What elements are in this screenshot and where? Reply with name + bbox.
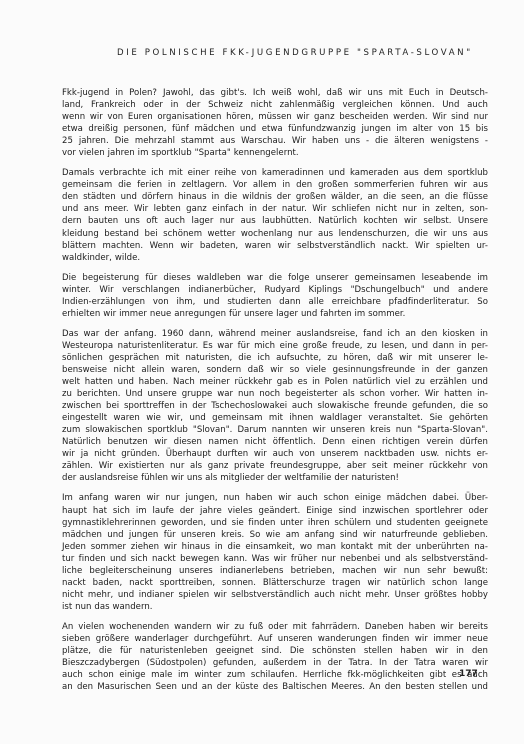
text-line: eingestellt waren wie wir, und gemeinsam… <box>62 412 488 424</box>
book-page: DIE POLNISCHE FKK-JUGENDGRUPPE "SPARTA-S… <box>0 0 524 744</box>
text-line: bensweise nicht allein waren, sondern da… <box>62 364 488 376</box>
text-line: gymnastiklehrerinnen geworden, und sie f… <box>62 517 488 529</box>
text-line: etwa dreißig personen, fünf mädchen und … <box>62 123 488 135</box>
text-line: waldkinder, wilde. <box>62 252 488 264</box>
text-line: dern bauten uns oft auch lager nur aus l… <box>62 215 488 227</box>
text-line: mädchen und jungen für unseren kreis. So… <box>62 529 488 541</box>
text-line: winter. Wir verschlangen indianerbücher,… <box>62 284 488 296</box>
text-line: 25 jahren. Die mehrzahl stammt aus Warsc… <box>62 135 488 147</box>
text-line: Im anfang waren wir nur jungen, nun habe… <box>62 492 488 504</box>
text-line: sieben größere wanderlager durchgeführt.… <box>62 633 488 645</box>
text-line: Damals verbrachte ich mit einer reihe vo… <box>62 167 488 179</box>
text-line: plätze, die für naturistenleben geeignet… <box>62 645 488 657</box>
text-line: auch schon einige male im winter zum sch… <box>62 669 488 681</box>
text-line: vor vielen jahren im sportklub "Sparta" … <box>62 147 488 159</box>
paragraph-5: Im anfang waren wir nur jungen, nun habe… <box>62 492 488 612</box>
text-line: und ans meer. Wir lebten ganz einfach in… <box>62 203 488 215</box>
page-title: DIE POLNISCHE FKK-JUGENDGRUPPE "SPARTA-S… <box>117 48 497 58</box>
text-line: haupt hat sich im laufe der jahre vieles… <box>62 505 488 517</box>
text-line: Indien-erzählungen von ihm, und studiert… <box>62 296 488 308</box>
text-line: liche begleiterscheinung unseres indiane… <box>62 565 488 577</box>
text-line: land, Frankreich oder in der Schweiz nic… <box>62 99 488 111</box>
text-line: nicht mehr, und indianer spielen wir sel… <box>62 589 488 601</box>
text-line: wir ja nicht gründen. Überhaupt durften … <box>62 448 488 460</box>
text-line: den städten und dörfern hinaus in die wi… <box>62 191 488 203</box>
paragraph-1: Fkk-jugend in Polen? Jawohl, das gibt's.… <box>62 87 488 159</box>
text-line: zwischen bei sporttreffen in der Tschech… <box>62 400 488 412</box>
text-line: nackt baden, nackt sporttreiben, sonnen.… <box>62 577 488 589</box>
text-line: Jeden sommer ziehen wir hinaus in die ei… <box>62 541 488 553</box>
text-line: wenn wir von Euren organisationen hören,… <box>62 111 488 123</box>
text-line: Die begeisterung für dieses waldleben wa… <box>62 272 488 284</box>
paragraph-4: Das war der anfang. 1960 dann, während m… <box>62 328 488 485</box>
text-line: kleidung bestand bei schönem wetter woch… <box>62 228 488 240</box>
text-line: Bieszczadybergen (Südostpolen) gefunden,… <box>62 657 488 669</box>
text-line: zum slowakischen sportklub "Slovan". Dar… <box>62 424 488 436</box>
text-line: An vielen wochenenden wandern wir zu fuß… <box>62 621 488 633</box>
text-line: erhielten wir immer neue anregungen für … <box>62 308 488 320</box>
text-line: zählen. Wir existierten nur als ganz pri… <box>62 460 488 472</box>
text-line: Westeuropa naturistenliteratur. Es war f… <box>62 340 488 352</box>
text-line: Natürlich benutzen wir diesen namen nich… <box>62 436 488 448</box>
paragraph-2: Damals verbrachte ich mit einer reihe vo… <box>62 167 488 263</box>
article-body: Fkk-jugend in Polen? Jawohl, das gibt's.… <box>62 87 488 701</box>
paragraph-3: Die begeisterung für dieses waldleben wa… <box>62 272 488 320</box>
text-line: blättern machten. Wenn wir badeten, ware… <box>62 240 488 252</box>
text-line: sönlichen gesprächen mit naturisten, die… <box>62 352 488 364</box>
text-line: der auslandsreise fühlen wir uns als mit… <box>62 472 488 484</box>
text-line: zu berichten. Und unsere gruppe war nun … <box>62 388 488 400</box>
text-line: gemeinsam die ferien in zeltlagern. Vor … <box>62 179 488 191</box>
text-line: an den Masurischen Seen und an der küste… <box>62 681 488 693</box>
paragraph-6: An vielen wochenenden wandern wir zu fuß… <box>62 621 488 693</box>
page-number: 177 <box>459 669 478 679</box>
text-line: welt hatten und haben. Nach meiner rückk… <box>62 376 488 388</box>
text-line: tur finden und sich nackt bewegen kann. … <box>62 553 488 565</box>
text-line: Das war der anfang. 1960 dann, während m… <box>62 328 488 340</box>
text-line: ist nun das wandern. <box>62 601 488 613</box>
text-line: Fkk-jugend in Polen? Jawohl, das gibt's.… <box>62 87 488 99</box>
